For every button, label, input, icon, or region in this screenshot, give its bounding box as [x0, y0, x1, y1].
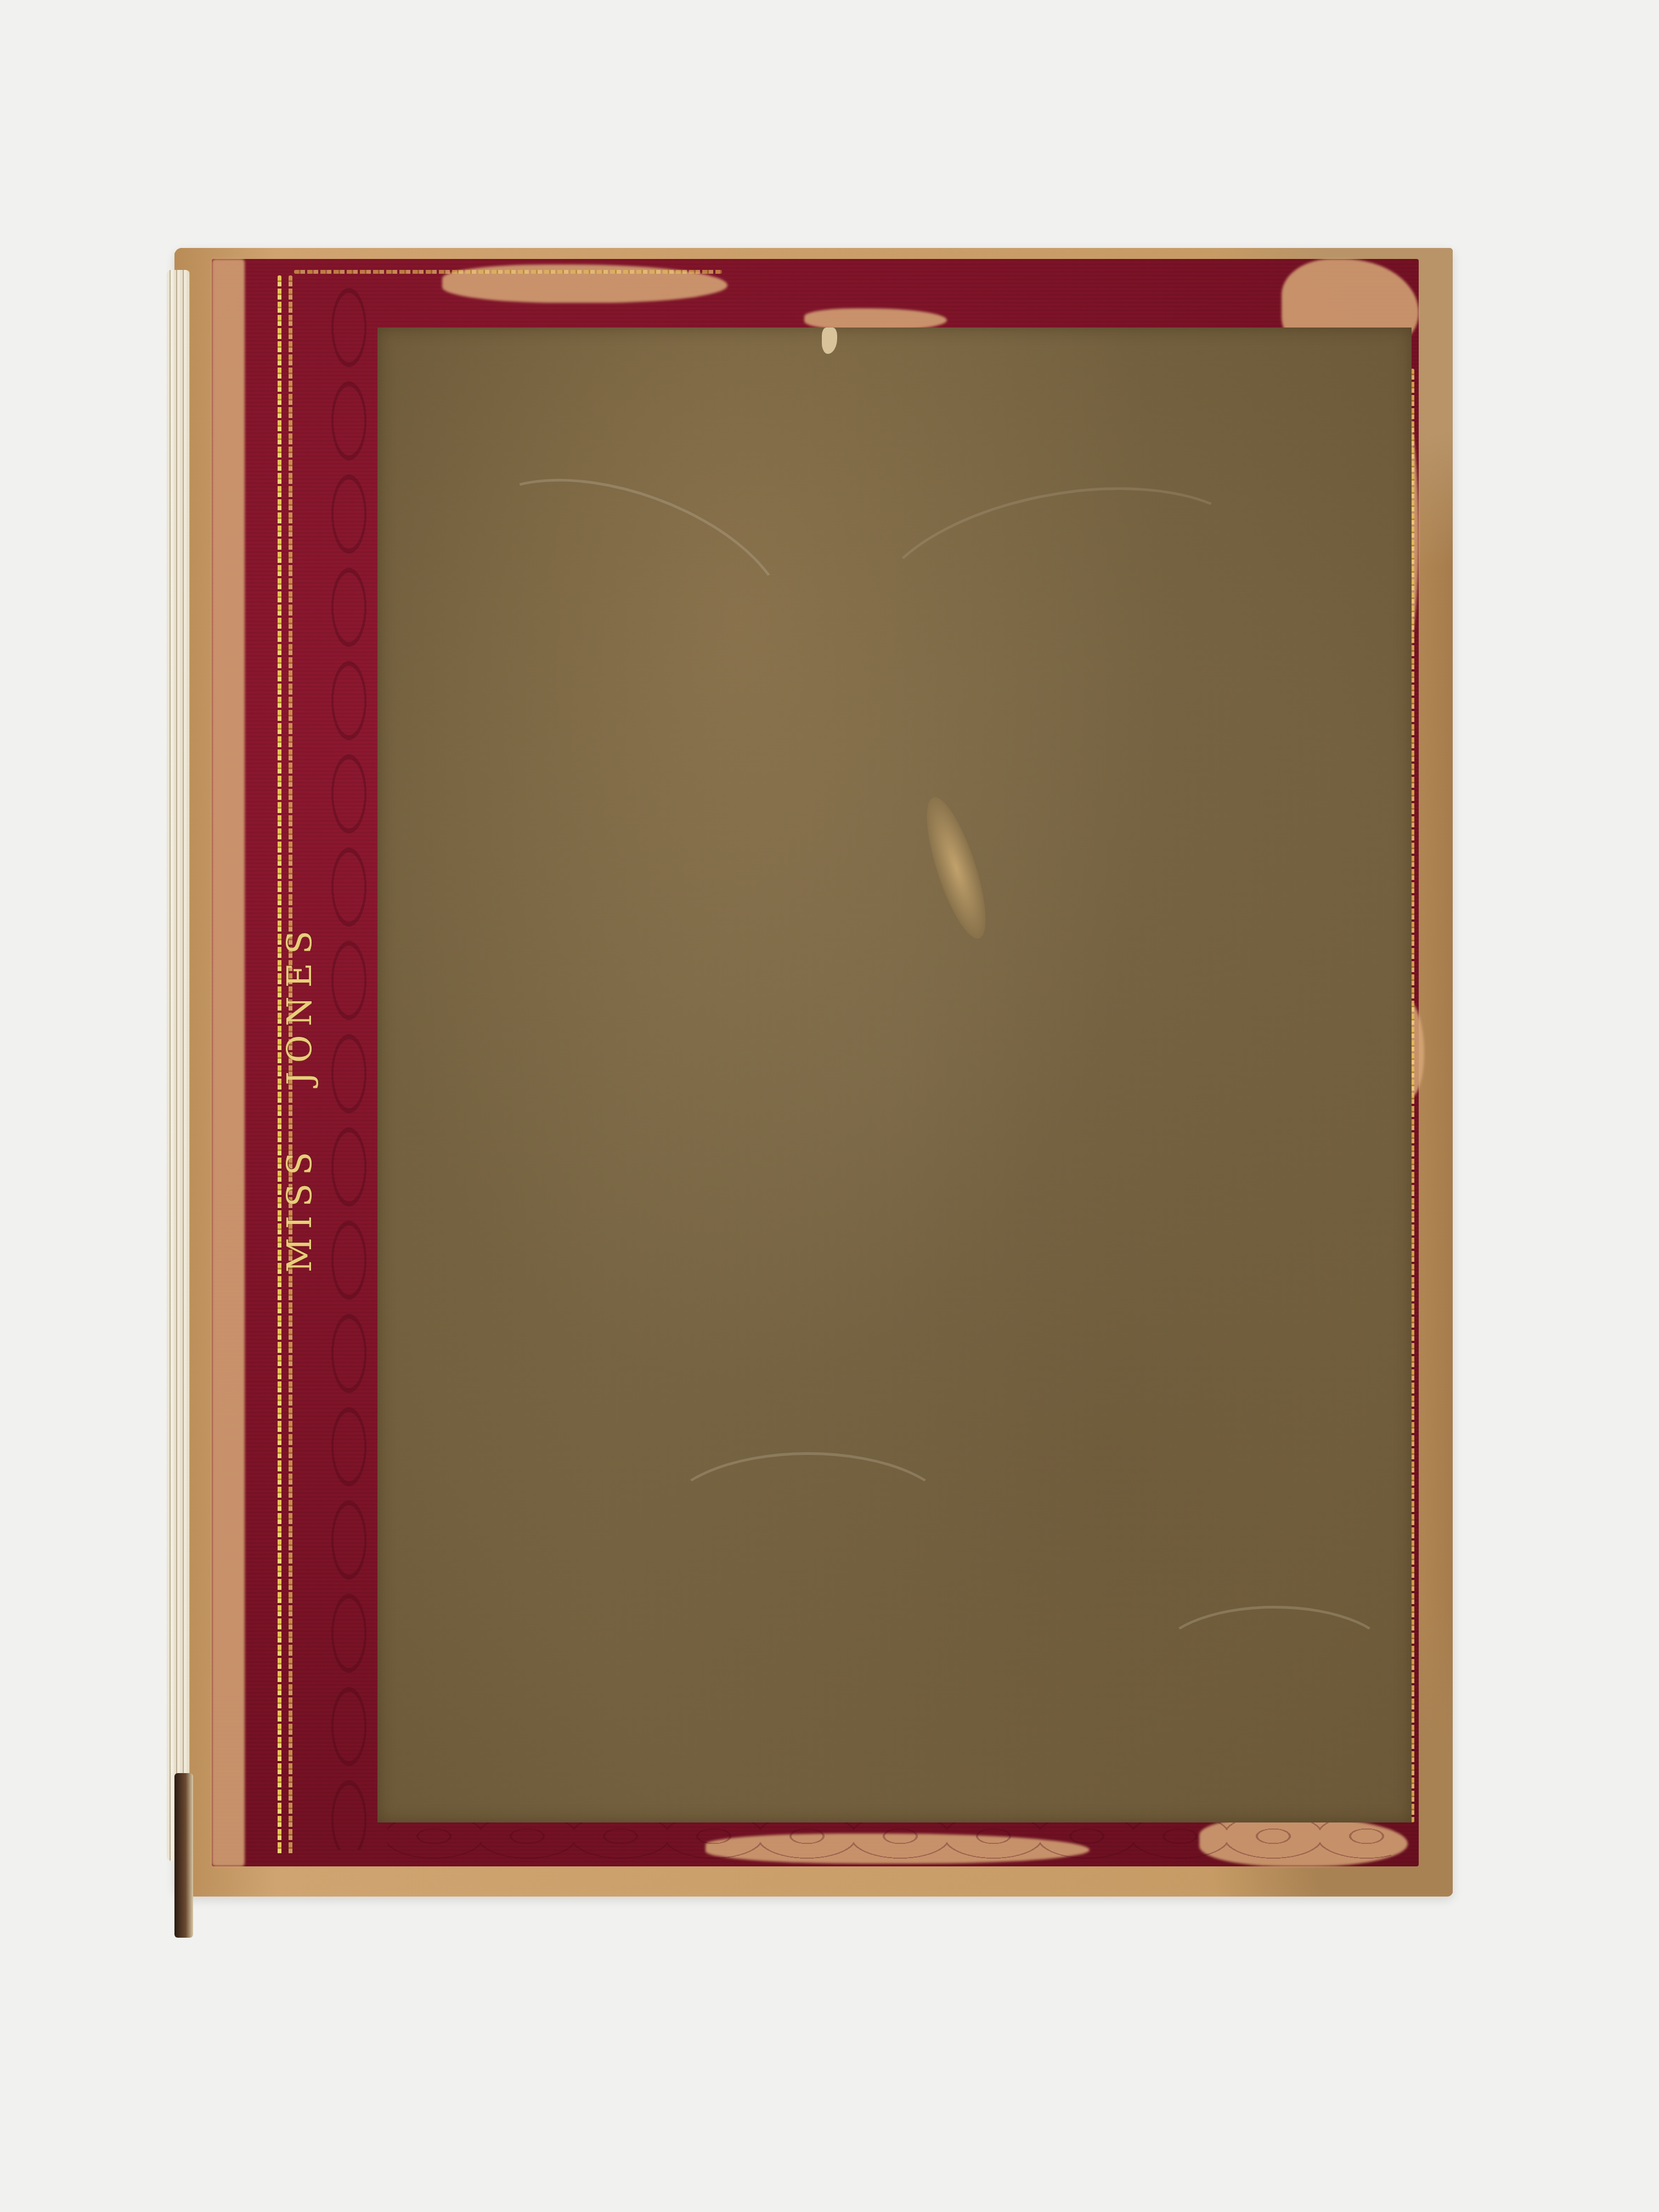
gilt-line-top — [294, 270, 722, 274]
spine-edge-wear — [212, 259, 245, 1866]
chalk-scuff — [663, 1452, 953, 1584]
paper-panel — [377, 328, 1412, 1822]
tooled-pattern-spine — [324, 281, 374, 1850]
chalk-scuff — [441, 440, 813, 714]
panel-light-patch — [915, 792, 997, 944]
panel-nick — [822, 328, 837, 354]
chalk-scuff — [1156, 1606, 1392, 1710]
photo-scene: MISS JONES — [0, 0, 1659, 2212]
leather-wear-top-2 — [804, 308, 947, 330]
red-leather-frame — [212, 259, 1419, 1866]
book — [174, 248, 1453, 1897]
spine-tear — [174, 1773, 193, 1938]
page-block — [167, 270, 190, 1861]
spine-title: MISS JONES — [279, 922, 319, 1272]
chalk-scuff — [859, 460, 1274, 706]
